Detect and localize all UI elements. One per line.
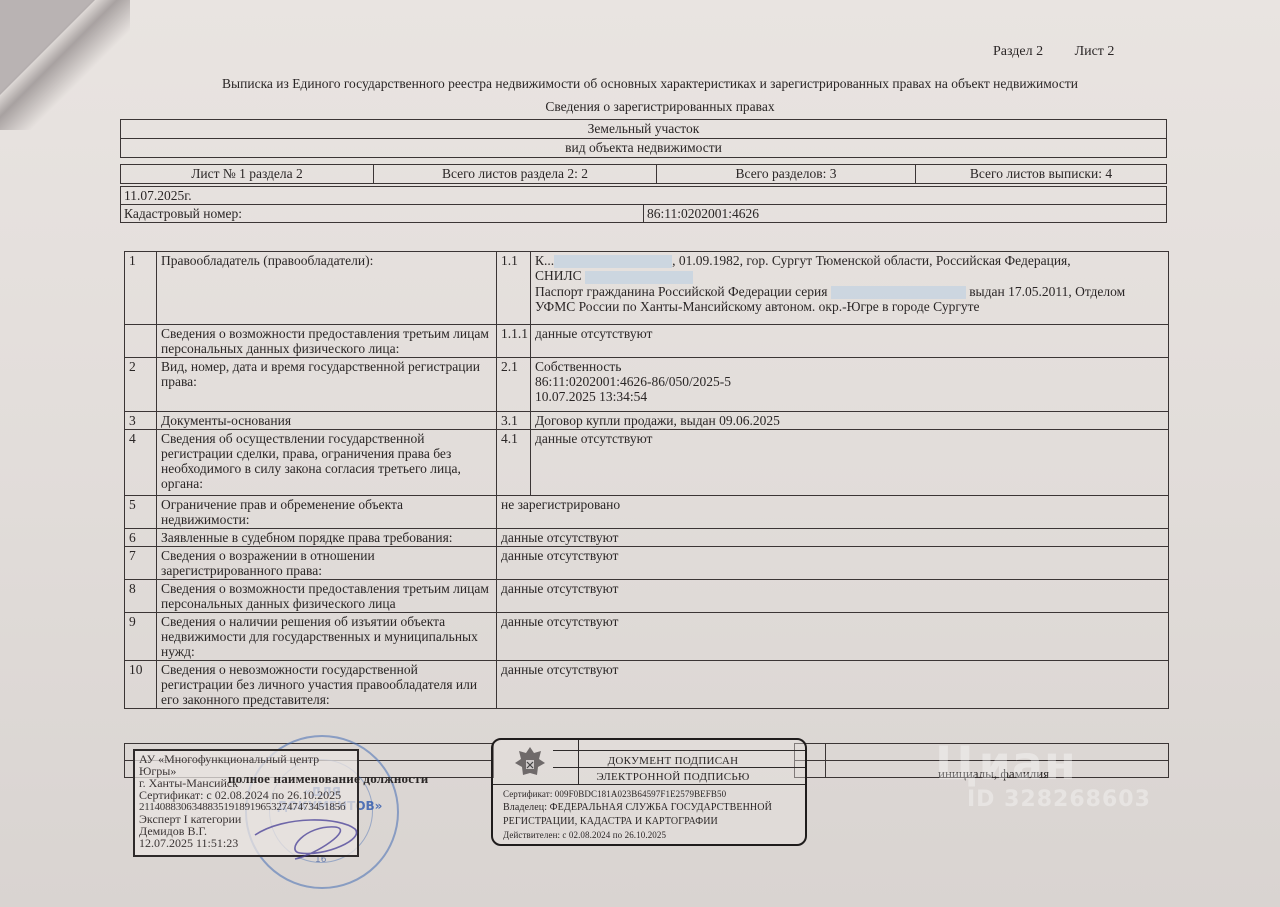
esig-owner-line1: Владелец: ФЕДЕРАЛЬНАЯ СЛУЖБА ГОСУДАРСТВЕ… [503,803,772,813]
table-row: Сведения о возможности предоставления тр… [125,325,1169,358]
document-subtitle: Сведения о зарегистрированных правах [0,99,1280,115]
table-row: 9 Сведения о наличии решения об изъятии … [125,613,1169,661]
row-number: 6 [125,529,157,547]
right-type: Собственность [535,359,1164,374]
redacted-name [554,255,672,268]
registration-number: 86:11:0202001:4626-86/050/2025-5 [535,374,1164,389]
esig-title: ДОКУМЕНТ ПОДПИСАН [553,755,793,767]
extract-date: 11.07.2025г. [121,187,1167,205]
row-value: данные отсутствуют [531,325,1169,358]
rightholder-name-start: К... [535,253,554,268]
passport-issued: выдан 17.05.2011, Отделом [969,284,1125,299]
table-row: 3 Документы-основания 3.1 Договор купли … [125,412,1169,430]
row-value: данные отсутствуют [497,547,1169,580]
section-label: Раздел 2 [993,44,1043,59]
row-number: 4 [125,430,157,496]
table-row: 5 Ограничение прав и обременение объекта… [125,496,1169,529]
row-label: Ограничение прав и обременение объекта н… [157,496,497,529]
redacted-passport [831,286,966,299]
row-value: Договор купли продажи, выдан 09.06.2025 [531,412,1169,430]
snils-label: СНИЛС [535,268,582,283]
row-label: Сведения о возможности предоставления тр… [157,580,497,613]
row-number: 7 [125,547,157,580]
redacted-snils [585,271,693,284]
electronic-signature-box: ДОКУМЕНТ ПОДПИСАН ЭЛЕКТРОННОЙ ПОДПИСЬЮ С… [491,738,807,846]
row-number: 8 [125,580,157,613]
row-number: 9 [125,613,157,661]
cian-watermark: Циан ID 328268603 [935,738,1151,812]
row-number: 3 [125,412,157,430]
row-value: данные отсутствуют [497,529,1169,547]
row-value: данные отсутствуют [497,580,1169,613]
esig-validity: Действителен: с 02.08.2024 по 26.10.2025 [503,830,666,840]
cadastral-number: 86:11:0202001:4626 [644,205,1167,223]
row-label: Вид, номер, дата и время государственной… [157,358,497,412]
row-label: Сведения о возражении в отношении зареги… [157,547,497,580]
esig-subtitle: ЭЛЕКТРОННОЙ ПОДПИСЬЮ [553,771,793,783]
row-label: Заявленные в судебном порядке права треб… [157,529,497,547]
table-row: 2 Вид, номер, дата и время государственн… [125,358,1169,412]
row-label: Сведения о возможности предоставления тр… [157,325,497,358]
registration-value: Собственность 86:11:0202001:4626-86/050/… [531,358,1169,412]
position-caption: полное наименование должности [228,771,428,787]
row-number: 2 [125,358,157,412]
total-sections: Всего разделов: 3 [657,165,916,184]
watermark-logo: Циан [935,738,1151,788]
row-label: Документы-основания [157,412,497,430]
object-type-caption: вид объекта недвижимости [121,139,1167,158]
table-row: 7 Сведения о возражении в отношении заре… [125,547,1169,580]
rightholder-birth-place: , 01.09.1982, гор. Сургут Тюменской обла… [672,253,1071,268]
row-value: данные отсутствуют [497,661,1169,709]
row-subnumber: 3.1 [497,412,531,430]
row-label: Сведения о наличии решения об изъятии об… [157,613,497,661]
total-sheets-section: Всего листов раздела 2: 2 [374,165,657,184]
table-row: 1 Правообладатель (правообладатели): 1.1… [125,252,1169,325]
row-subnumber: 1.1.1 [497,325,531,358]
total-sheets-extract: Всего листов выписки: 4 [916,165,1167,184]
table-row: 8 Сведения о возможности предоставления … [125,580,1169,613]
row-number: 1 [125,252,157,325]
table-row: 4 Сведения об осуществлении государствен… [125,430,1169,496]
registration-datetime: 10.07.2025 13:34:54 [535,389,1164,404]
watermark-id: ID 328268603 [967,788,1151,812]
passport-authority: УФМС России по Ханты-Мансийскому автоном… [535,299,1164,314]
sheet-of-section: Лист № 1 раздела 2 [121,165,374,184]
row-subnumber: 2.1 [497,358,531,412]
section-sheet-header: Раздел 2 Лист 2 [993,44,1142,60]
cadastral-label: Кадастровый номер: [121,205,644,223]
table-row: 10 Сведения о невозможности государствен… [125,661,1169,709]
registered-rights-table: 1 Правообладатель (правообладатели): 1.1… [124,251,1169,709]
cadastral-table: 11.07.2025г. Кадастровый номер: 86:11:02… [120,186,1167,223]
row-number [125,325,157,358]
row-number: 5 [125,496,157,529]
row-label: Сведения об осуществлении государственно… [157,430,497,496]
mfc-certificate-validity: Сертификат: с 02.08.2024 по 26.10.2025 [139,789,353,801]
row-label: Сведения о невозможности государственной… [157,661,497,709]
document-title: Выписка из Единого государственного реес… [0,76,1280,92]
row-subnumber: 4.1 [497,430,531,496]
rightholder-value: К..., 01.09.1982, гор. Сургут Тюменской … [531,252,1169,325]
row-value: данные отсутствуют [497,613,1169,661]
object-type-value: Земельный участок [121,120,1167,139]
passport-label: Паспорт гражданина Российской Федерации … [535,284,827,299]
row-number: 10 [125,661,157,709]
row-subnumber: 1.1 [497,252,531,325]
handwritten-signature [245,815,395,860]
esig-owner-line2: РЕГИСТРАЦИИ, КАДАСТРА И КАРТОГРАФИИ [503,817,718,827]
sheets-info-table: Лист № 1 раздела 2 Всего листов раздела … [120,164,1167,184]
sheet-label: Лист 2 [1075,44,1115,59]
esig-certificate: Сертификат: 009F0BDC181A023B64597F1E2579… [503,789,726,799]
row-value: данные отсутствуют [531,430,1169,496]
row-value: не зарегистрировано [497,496,1169,529]
table-row: 6 Заявленные в судебном порядке права тр… [125,529,1169,547]
object-type-table: Земельный участок вид объекта недвижимос… [120,119,1167,158]
coat-of-arms-icon [513,743,547,783]
row-label: Правообладатель (правообладатели): [157,252,497,325]
